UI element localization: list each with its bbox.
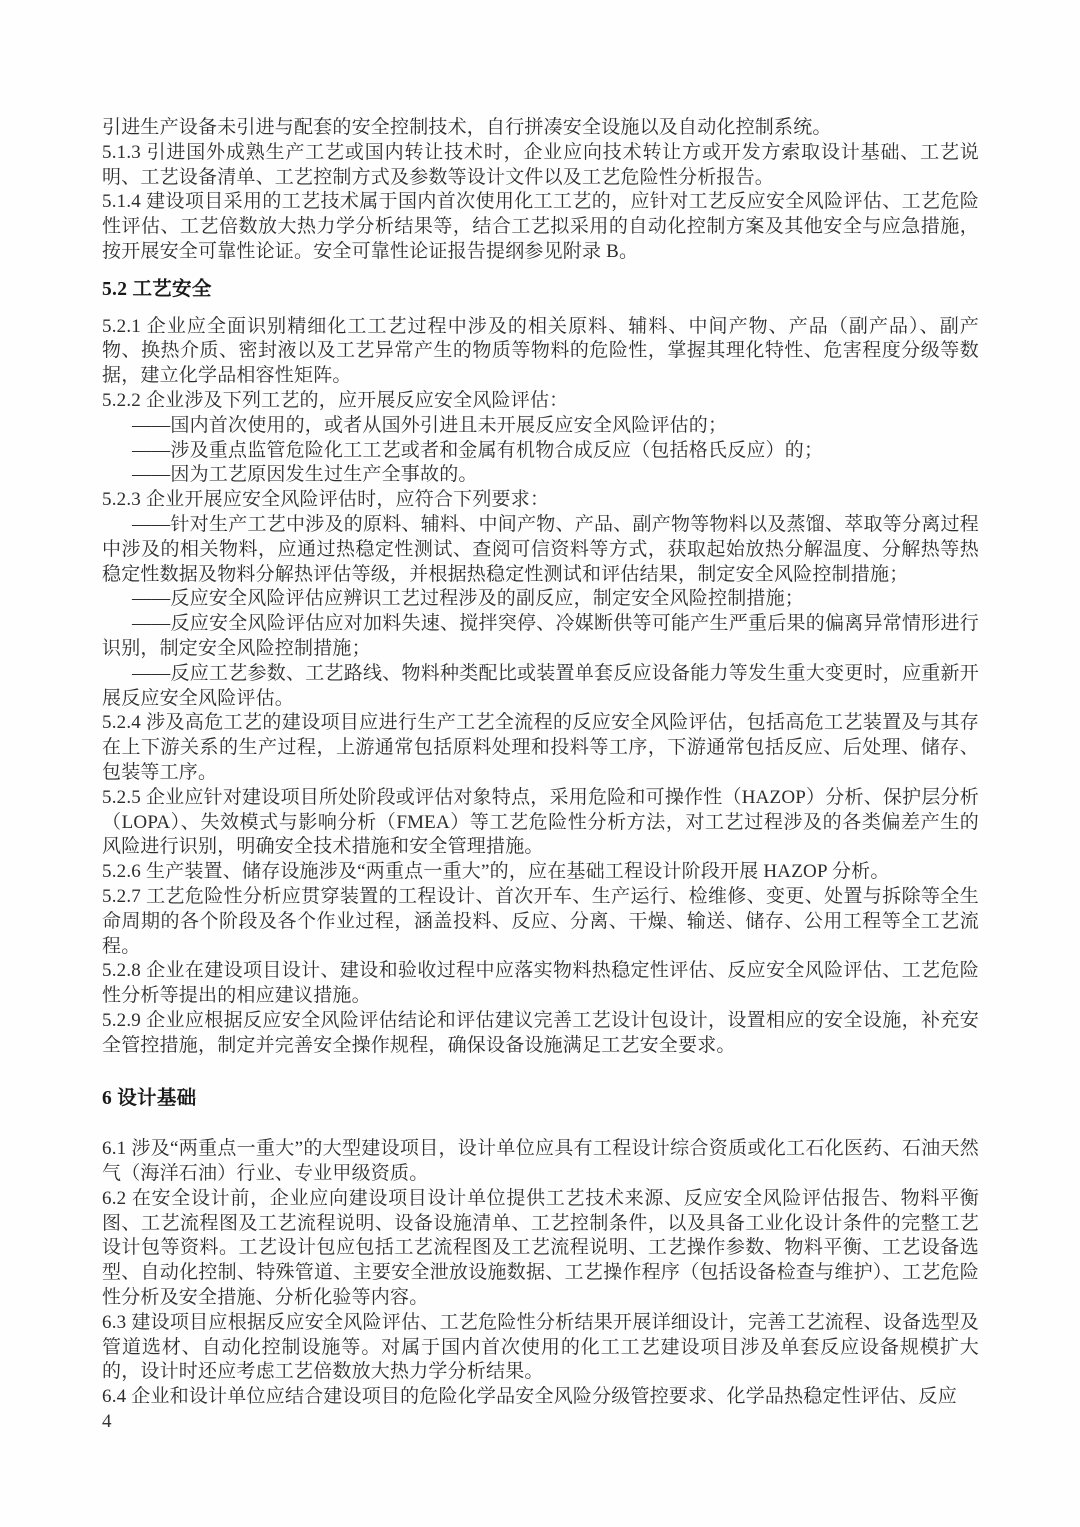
clause-paragraph: 5.2.1 企业应全面识别精细化工工艺过程中涉及的相关原料、辅料、中间产物、产品… <box>102 315 979 389</box>
clause-paragraph: 5.2.7 工艺危险性分析应贯穿装置的工程设计、首次开车、生产运行、检维修、变更… <box>102 885 979 959</box>
clause-paragraph: 5.1.4 建设项目采用的工艺技术属于国内首次使用化工工艺的，应针对工艺反应安全… <box>102 190 979 264</box>
dash-list-item: ——针对生产工艺中涉及的原料、辅料、中间产物、产品、副产物等物料以及蒸馏、萃取等… <box>102 513 979 587</box>
clause-paragraph: 5.2.9 企业应根据反应安全风险评估结论和评估建议完善工艺设计包设计，设置相应… <box>102 1009 979 1059</box>
clause-paragraph: 5.2.8 企业在建设项目设计、建设和验收过程中应落实物料热稳定性评估、反应安全… <box>102 959 979 1009</box>
document-content: 引进生产设备未引进与配套的安全控制技术，自行拼凑安全设施以及自动化控制系统。5.… <box>102 116 979 1435</box>
clause-paragraph: 5.2.5 企业应针对建设项目所处阶段或评估对象特点，采用危险和可操作性（HAZ… <box>102 786 979 860</box>
clause-paragraph: 5.2.6 生产装置、储存设施涉及“两重点一重大”的，应在基础工程设计阶段开展 … <box>102 860 979 885</box>
document-page: 引进生产设备未引进与配套的安全控制技术，自行拼凑安全设施以及自动化控制系统。5.… <box>0 0 1080 1527</box>
clause-paragraph: 5.2.4 涉及高危工艺的建设项目应进行生产工艺全流程的反应安全风险评估，包括高… <box>102 711 979 785</box>
clause-paragraph: 5.1.3 引进国外成熟生产工艺或国内转让技术时，企业应向技术转让方或开发方索取… <box>102 141 979 191</box>
clause-paragraph: 5.2.3 企业开展应安全风险评估时，应符合下列要求： <box>102 488 979 513</box>
clause-paragraph: 6.1 涉及“两重点一重大”的大型建设项目，设计单位应具有工程设计综合资质或化工… <box>102 1137 979 1187</box>
dash-list-item: ——反应安全风险评估应辨识工艺过程涉及的副反应，制定安全风险控制措施； <box>102 587 979 612</box>
dash-list-item: ——国内首次使用的，或者从国外引进且未开展反应安全风险评估的； <box>102 414 979 439</box>
dash-list-item: ——涉及重点监管危险化工工艺或者和金属有机物合成反应（包括格氏反应）的； <box>102 439 979 464</box>
clause-paragraph: 引进生产设备未引进与配套的安全控制技术，自行拼凑安全设施以及自动化控制系统。 <box>102 116 979 141</box>
clause-paragraph: 6.2 在安全设计前，企业应向建设项目设计单位提供工艺技术来源、反应安全风险评估… <box>102 1187 979 1311</box>
dash-list-item: ——反应安全风险评估应对加料失速、搅拌突停、冷媒断供等可能产生严重后果的偏离异常… <box>102 612 979 662</box>
clause-paragraph: 5.2.2 企业涉及下列工艺的，应开展反应安全风险评估： <box>102 389 979 414</box>
clause-paragraph: 6.3 建设项目应根据反应安全风险评估、工艺危险性分析结果开展详细设计，完善工艺… <box>102 1311 979 1385</box>
page-number: 4 <box>102 1410 979 1435</box>
dash-list-item: ——因为工艺原因发生过生产全事故的。 <box>102 463 979 488</box>
clause-paragraph: 6.4 企业和设计单位应结合建设项目的危险化学品安全风险分级管控要求、化学品热稳… <box>102 1385 979 1410</box>
dash-list-item: ——反应工艺参数、工艺路线、物料种类配比或装置单套反应设备能力等发生重大变更时，… <box>102 662 979 712</box>
section-heading: 5.2 工艺安全 <box>102 278 979 303</box>
chapter-heading: 6 设计基础 <box>102 1087 979 1112</box>
